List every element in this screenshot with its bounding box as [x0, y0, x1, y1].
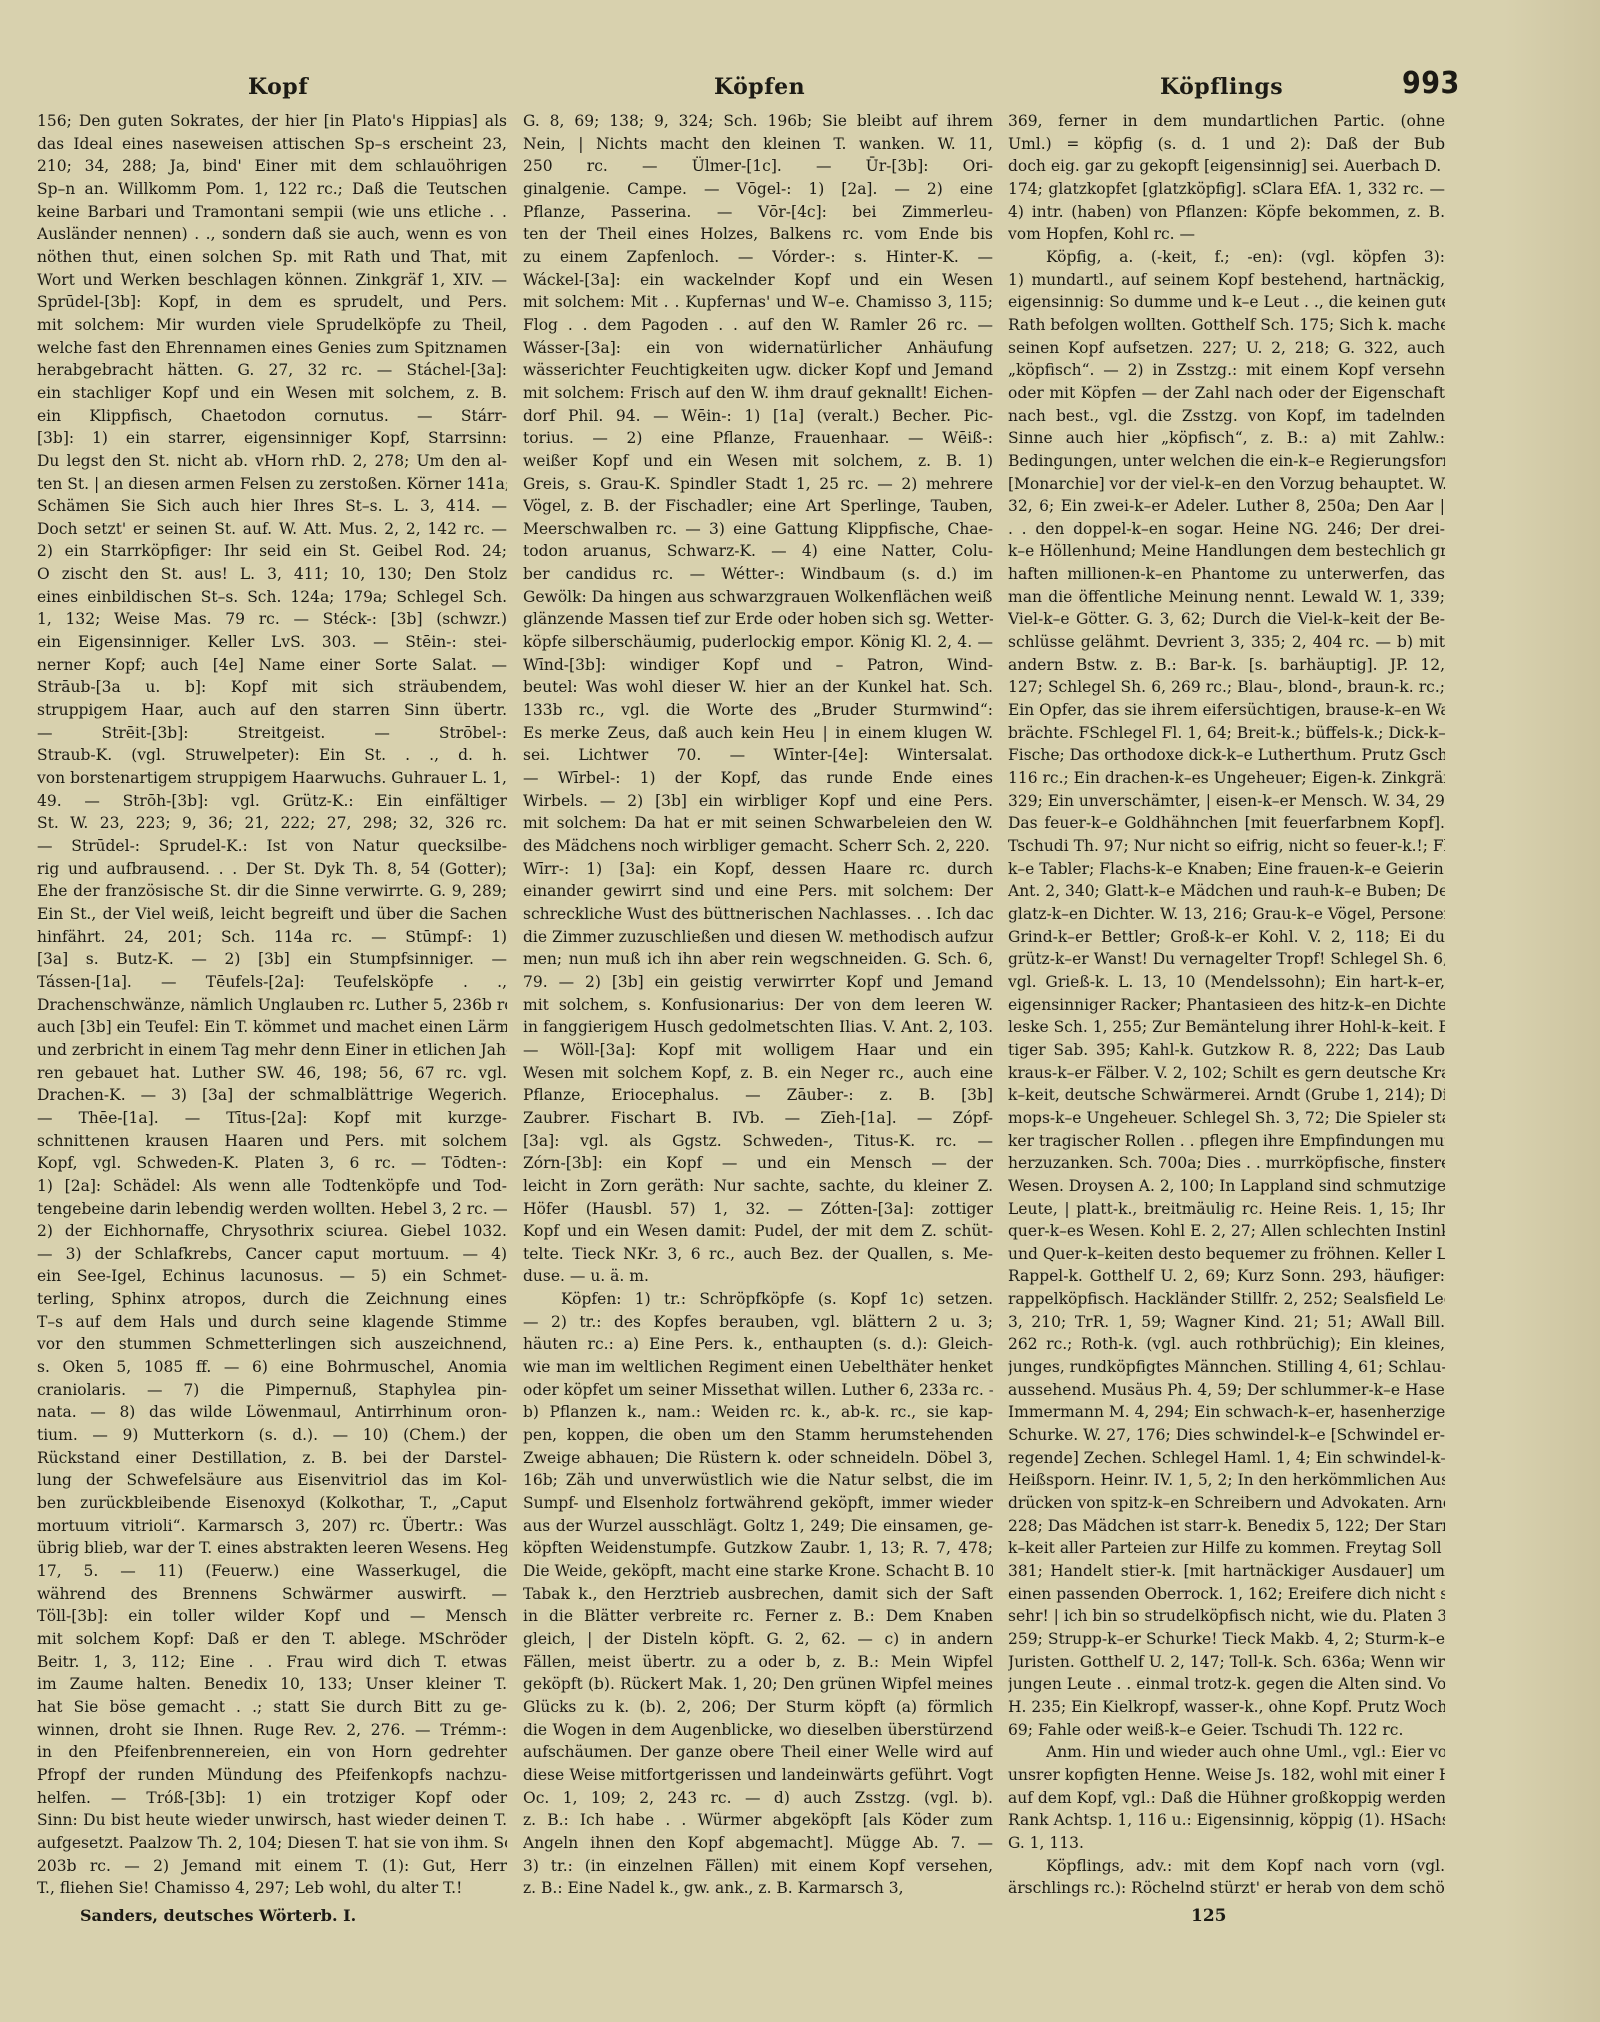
- text-line: Du legst den St. nicht ab. vHorn rhD. 2,…: [37, 450, 507, 473]
- text-line: lung der Schwefelsäure aus Eisenvitriol …: [37, 1469, 507, 1492]
- text-line: junges, rundköpfigtes Männchen. Stilling…: [1008, 1356, 1445, 1379]
- text-line: 69; Fahle oder weiß-k–e Geier. Tschudi T…: [1008, 1719, 1445, 1742]
- text-line: Immermann M. 4, 294; Ein schwach-k–er, h…: [1008, 1401, 1445, 1424]
- text-line: 262 rc.; Roth-k. (vgl. auch rothbrüchig)…: [1008, 1333, 1445, 1356]
- text-line: mops-k–e Ungeheuer. Schlegel Sh. 3, 72; …: [1008, 1107, 1445, 1130]
- text-line: O zischt den St. aus! L. 3, 411; 10, 130…: [37, 563, 507, 586]
- text-line: aussehend. Musäus Ph. 4, 59; Der schlumm…: [1008, 1379, 1445, 1402]
- text-line: 32, 6; Ein zwei-k–er Adeler. Luther 8, 2…: [1008, 495, 1445, 518]
- text-line: Ausländer nennen) . ., sondern daß sie a…: [37, 223, 507, 246]
- text-line: und Quer-k–keiten desto bequemer zu fröh…: [1008, 1243, 1445, 1266]
- text-line: mit solchem: Frisch auf den W. ihm drauf…: [523, 382, 993, 405]
- text-line: 1) mundartl., auf seinem Kopf bestehend,…: [1008, 269, 1445, 292]
- text-line: T–s auf dem Hals und durch seine klagend…: [37, 1311, 507, 1334]
- text-line: [3a]: vgl. als Ggstz. Schweden-, Titus-K…: [523, 1130, 993, 1153]
- text-line: Bedingungen, unter welchen die ein-k–e R…: [1008, 450, 1445, 473]
- text-line: haften millionen-k–en Phantome zu unterw…: [1008, 563, 1445, 586]
- text-line: Anm. Hin und wieder auch ohne Uml., vgl.…: [1008, 1741, 1445, 1764]
- text-line: ein stachliger Kopf und ein Wesen mit so…: [37, 382, 507, 405]
- column-middle: G. 8, 69; 138; 9, 324; Sch. 196b; Sie bl…: [523, 110, 993, 1900]
- text-line: 3, 210; TrR. 1, 59; Wagner Kind. 21; 51;…: [1008, 1311, 1445, 1334]
- text-line: ein Klippfisch, Chaetodon cornutus. — St…: [37, 405, 507, 428]
- text-line: mit solchem: Mir wurden viele Sprudelköp…: [37, 314, 507, 337]
- text-line: wie man im weltlichen Regiment einen Ueb…: [523, 1356, 993, 1379]
- text-line: Rath befolgen wollten. Gotthelf Sch. 175…: [1008, 314, 1445, 337]
- text-line: 2) der Eichhornaffe, Chrysothrix sciurea…: [37, 1220, 507, 1243]
- text-line: Zweige abhauen; Die Rüstern k. oder schn…: [523, 1447, 993, 1470]
- text-line: Doch setzt' er seinen St. auf. W. Att. M…: [37, 518, 507, 541]
- text-line: Tschudi Th. 97; Nur nicht so eifrig, nic…: [1008, 835, 1445, 858]
- text-line: Flog . . dem Pagoden . . auf den W. Raml…: [523, 314, 993, 337]
- text-line: mit solchem, s. Konfusionarius: Der von …: [523, 994, 993, 1017]
- text-line: glatz-k–en Dichter. W. 13, 216; Grau-k–e…: [1008, 903, 1445, 926]
- text-line: tiger Sab. 395; Kahl-k. Gutzkow R. 8, 22…: [1008, 1039, 1445, 1062]
- text-line: Die Weide, geköpft, macht eine starke Kr…: [523, 1560, 993, 1583]
- text-line: Uml.) = köpfig (s. d. 1 und 2): Daß der …: [1008, 133, 1445, 156]
- text-line: z. B.: Ich habe . . Würmer abgeköpft [al…: [523, 1809, 993, 1832]
- text-line: Sinne auch hier „köpfisch“, z. B.: a) mi…: [1008, 427, 1445, 450]
- text-line: Zórn-[3b]: ein Kopf — und ein Mensch — d…: [523, 1152, 993, 1175]
- text-line: b) Pflanzen k., nam.: Weiden rc. k., ab-…: [523, 1401, 993, 1424]
- text-line: einen passenden Oberrock. 1, 162; Ereife…: [1008, 1583, 1445, 1606]
- text-line: k–e Höllenhund; Meine Handlungen dem bes…: [1008, 540, 1445, 563]
- text-line: nöthen thut, einen solchen Sp. mit Rath …: [37, 246, 507, 269]
- text-line: quer-k–es Wesen. Kohl E. 2, 27; Allen sc…: [1008, 1220, 1445, 1243]
- text-line: — 3) der Schlafkrebs, Cancer caput mortu…: [37, 1243, 507, 1266]
- text-line: Töll-[3b]: ein toller wilder Kopf und — …: [37, 1605, 507, 1628]
- text-line: Wirbels. — 2) [3b] ein wirbliger Kopf un…: [523, 790, 993, 813]
- text-line: — Thēe-[1a]. — Tītus-[2a]: Kopf mit kurz…: [37, 1107, 507, 1130]
- text-line: weißer Kopf und ein Wesen mit solchem, z…: [523, 450, 993, 473]
- text-line: [3b]: 1) ein starrer, eigensinniger Kopf…: [37, 427, 507, 450]
- text-line: Wīrr-: 1) [3a]: ein Kopf, dessen Haare r…: [523, 858, 993, 881]
- text-line: Kopf, vgl. Schweden-K. Platen 3, 6 rc. —…: [37, 1152, 507, 1175]
- text-line: Rappel-k. Gotthelf U. 2, 69; Kurz Sonn. …: [1008, 1265, 1445, 1288]
- text-line: Fällen, meist übertr. zu a oder b, z. B.…: [523, 1651, 993, 1674]
- text-line: hinfährt. 24, 201; Sch. 114a rc. — Stūmp…: [37, 926, 507, 949]
- text-line: z. B.: Eine Nadel k., gw. ank., z. B. Ka…: [523, 1877, 993, 1900]
- text-line: mit solchem Kopf: Daß er den T. ablege. …: [37, 1628, 507, 1651]
- text-line: Fische; Das orthodoxe dick-k–e Lutherthu…: [1008, 744, 1445, 767]
- text-line: G. 8, 69; 138; 9, 324; Sch. 196b; Sie bl…: [523, 110, 993, 133]
- text-line: man die öffentliche Meinung nennt. Lewal…: [1008, 586, 1445, 609]
- text-line: 329; Ein unverschämter, | eisen-k–er Men…: [1008, 790, 1445, 813]
- text-line: Köpflings, adv.: mit dem Kopf nach vorn …: [1008, 1855, 1445, 1878]
- text-line: 79. — 2) [3b] ein geistig verwirrter Kop…: [523, 971, 993, 994]
- text-line: sei. Lichtwer 70. — Wīnter-[4e]: Winters…: [523, 744, 993, 767]
- text-line: terling, Sphinx atropos, durch die Zeich…: [37, 1288, 507, 1311]
- text-line: Ehe der französische St. dir die Sinne v…: [37, 880, 507, 903]
- text-line: „köpfisch“. — 2) in Zsstzg.: mit einem K…: [1008, 359, 1445, 382]
- text-line: Sinn: Du bist heute wieder unwirsch, has…: [37, 1809, 507, 1832]
- text-line: G. 1, 113.: [1008, 1832, 1445, 1855]
- text-line: aufgesetzt. Paalzow Th. 2, 104; Diesen T…: [37, 1832, 507, 1855]
- text-line: auf dem Kopf, vgl.: Daß die Hühner großk…: [1008, 1787, 1445, 1810]
- text-line: 369, ferner in dem mundartlichen Partic.…: [1008, 110, 1445, 133]
- text-line: herabgebracht hätten. G. 27, 32 rc. — St…: [37, 359, 507, 382]
- text-line: tengebeine darin lebendig werden wollten…: [37, 1198, 507, 1221]
- text-line: Greis, s. Grau-K. Spindler Stadt 1, 25 r…: [523, 473, 993, 496]
- text-line: Angeln ihnen den Kopf abgemacht]. Mügge …: [523, 1832, 993, 1855]
- text-line: Meerschwalben rc. — 3) eine Gattung Klip…: [523, 518, 993, 541]
- text-line: hat Sie böse gemacht . .; statt Sie durc…: [37, 1696, 507, 1719]
- text-line: St. W. 23, 223; 9, 36; 21, 222; 27, 298;…: [37, 812, 507, 835]
- text-line: Kopf und ein Wesen damit: Pudel, der mit…: [523, 1220, 993, 1243]
- text-line: Rank Achtsp. 1, 116 u.: Eigensinnig, köp…: [1008, 1809, 1445, 1832]
- text-line: vgl. Grieß-k. L. 13, 10 (Mendelssohn); E…: [1008, 971, 1445, 994]
- text-line: doch eig. gar zu gekopft [eigensinnig] s…: [1008, 155, 1445, 178]
- text-line: Zaubrer. Fischart B. IVb. — Zīeh-[1a]. —…: [523, 1107, 993, 1130]
- text-line: winnen, droht sie Ihnen. Ruge Rev. 2, 27…: [37, 1719, 507, 1742]
- text-line: Ein St., der Viel weiß, leicht begreift …: [37, 903, 507, 926]
- text-line: ber candidus rc. — Wétter-: Windbaum (s.…: [523, 563, 993, 586]
- text-line: 4) intr. (haben) von Pflanzen: Köpfe bek…: [1008, 201, 1445, 224]
- text-line: ker tragischer Rollen . . pflegen ihre E…: [1008, 1130, 1445, 1153]
- text-line: 133b rc., vgl. die Worte des „Bruder Stu…: [523, 699, 993, 722]
- text-line: ginalgenie. Campe. — Vōgel-: 1) [2a]. — …: [523, 178, 993, 201]
- text-line: todon aruanus, Schwarz-K. — 4) eine Natt…: [523, 540, 993, 563]
- text-line: 156; Den guten Sokrates, der hier [in Pl…: [37, 110, 507, 133]
- text-line: 1, 132; Weise Mas. 79 rc. — Stéck-: [3b]…: [37, 608, 507, 631]
- header-left-catchword: Kopf: [248, 74, 308, 100]
- column-left: 156; Den guten Sokrates, der hier [in Pl…: [37, 110, 507, 1900]
- text-line: kraus-k–er Fälber. V. 2, 102; Schilt es …: [1008, 1062, 1445, 1085]
- text-line: tium. — 9) Mutterkorn (s. d.). — 10) (Ch…: [37, 1424, 507, 1447]
- text-line: s. Oken 5, 1085 ff. — 6) eine Bohrmusche…: [37, 1356, 507, 1379]
- text-line: Beitr. 1, 3, 112; Eine . . Frau wird dic…: [37, 1651, 507, 1674]
- text-line: Wīnd-[3b]: windiger Kopf und – Patron, W…: [523, 654, 993, 677]
- text-line: drücken von spitz-k–en Schreibern und Ad…: [1008, 1492, 1445, 1515]
- text-line: 381; Handelt stier-k. [mit hartnäckiger …: [1008, 1560, 1445, 1583]
- text-line: 49. — Strōh-[3b]: vgl. Grütz-K.: Ein ein…: [37, 790, 507, 813]
- text-line: ten der Theil eines Holzes, Balkens rc. …: [523, 223, 993, 246]
- text-line: 250 rc. — Ülmer-[1c]. — Ūr-[3b]: Ori-: [523, 155, 993, 178]
- text-line: in fanggierigem Husch gedolmetschten Ili…: [523, 1016, 993, 1039]
- text-line: torius. — 2) eine Pflanze, Frauenhaar. —…: [523, 427, 993, 450]
- header-center-catchword: Köpfen: [714, 74, 805, 100]
- text-line: 259; Strupp-k–er Schurke! Tieck Makb. 4,…: [1008, 1628, 1445, 1651]
- text-line: schlüsse gelähmt. Devrient 3, 335; 2, 40…: [1008, 631, 1445, 654]
- text-line: Drachenschwänze, nämlich Unglauben rc. L…: [37, 994, 507, 1017]
- text-line: struppigem Haar, auch auf den starren Si…: [37, 699, 507, 722]
- text-line: mortuum vitrioli“. Karmarsch 3, 207) rc.…: [37, 1515, 507, 1538]
- text-line: Heißsporn. Heinr. IV. 1, 5, 2; In den he…: [1008, 1469, 1445, 1492]
- text-line: 1) [2a]: Schädel: Als wenn alle Todtenkö…: [37, 1175, 507, 1198]
- text-line: seinen Kopf aufsetzen. 227; U. 2, 218; G…: [1008, 337, 1445, 360]
- text-line: Strāub-[3a u. b]: Kopf mit sich sträuben…: [37, 676, 507, 699]
- text-line: craniolaris. — 7) die Pimpernuß, Staphyl…: [37, 1379, 507, 1402]
- text-line: Pfropf der runden Mündung des Pfeifenkop…: [37, 1764, 507, 1787]
- text-line: Rückstand einer Destillation, z. B. bei …: [37, 1447, 507, 1470]
- text-line: ein Eigensinniger. Keller LvS. 303. — St…: [37, 631, 507, 654]
- text-line: oder köpfet um seiner Missethat willen. …: [523, 1379, 993, 1402]
- text-line: 228; Das Mädchen ist starr-k. Benedix 5,…: [1008, 1515, 1445, 1538]
- text-line: Köpfen: 1) tr.: Schröpfköpfe (s. Kopf 1c…: [523, 1288, 993, 1311]
- text-line: Wáckel-[3a]: ein wackelnder Kopf und ein…: [523, 269, 993, 292]
- text-line: geköpft (b). Rückert Mak. 1, 20; Den grü…: [523, 1673, 993, 1696]
- text-line: im Zaume halten. Benedix 10, 133; Unser …: [37, 1673, 507, 1696]
- text-line: Straub-K. (vgl. Struwelpeter): Ein St. .…: [37, 744, 507, 767]
- text-line: des Mädchens noch wirbliger gemacht. Sch…: [523, 835, 993, 858]
- text-line: regende] Zechen. Schlegel Haml. 1, 4; Ei…: [1008, 1447, 1445, 1470]
- text-line: Schurke. W. 27, 176; Dies schwindel-k–e …: [1008, 1424, 1445, 1447]
- text-line: aufschäumen. Der ganze obere Theil einer…: [523, 1741, 993, 1764]
- text-line: Wort und Werken beschlagen können. Zinkg…: [37, 269, 507, 292]
- footer-signature-number: 125: [1191, 1906, 1227, 1926]
- text-line: — Strūdel-: Sprudel-K.: Ist von Natur qu…: [37, 835, 507, 858]
- header-right-catchword: Köpflings: [1160, 74, 1283, 100]
- text-line: beutel: Was wohl dieser W. hier an der K…: [523, 676, 993, 699]
- text-line: — Strēit-[3b]: Streitgeist. — Strōbel-:: [37, 722, 507, 745]
- text-line: herzuzanken. Sch. 700a; Dies . . murrköp…: [1008, 1152, 1445, 1175]
- text-line: vom Hopfen, Kohl rc. —: [1008, 223, 1445, 246]
- text-line: schreckliche Wust des büttnerischen Nach…: [523, 903, 993, 926]
- text-line: welche fast den Ehrennamen eines Genies …: [37, 337, 507, 360]
- text-line: ben zurückbleibende Eisenoxyd (Kolkothar…: [37, 1492, 507, 1515]
- text-line: Es merke Zeus, daß auch kein Heu | in ei…: [523, 722, 993, 745]
- text-line: Sprūdel-[3b]: Kopf, in dem es sprudelt, …: [37, 291, 507, 314]
- text-line: 3) tr.: (in einzelnen Fällen) mit einem …: [523, 1855, 993, 1878]
- text-line: diese Weise mitfortgerissen und landeinw…: [523, 1764, 993, 1787]
- text-line: mit solchem: Mit . . Kupfernas' und W–e.…: [523, 291, 993, 314]
- text-line: Ant. 2, 340; Glatt-k–e Mädchen und rauh-…: [1008, 880, 1445, 903]
- text-line: telte. Tieck NKr. 3, 6 rc., auch Bez. de…: [523, 1243, 993, 1266]
- text-line: k–keit, deutsche Schwärmerei. Arndt (Gru…: [1008, 1084, 1445, 1107]
- text-line: — Wīrbel-: 1) der Kopf, das runde Ende e…: [523, 767, 993, 790]
- text-line: Pflanze, Passerina. — Vōr-[4c]: bei Zimm…: [523, 201, 993, 224]
- text-line: Glücks zu k. (b). 2, 206; Der Sturm köpf…: [523, 1696, 993, 1719]
- text-line: 17, 5. — 11) (Feuerw.) eine Wasserkugel,…: [37, 1560, 507, 1583]
- text-line: . . den doppel-k–en sogar. Heine NG. 246…: [1008, 518, 1445, 541]
- text-line: grütz-k–er Wanst! Du vernagelter Tropf! …: [1008, 948, 1445, 971]
- text-line: oder mit Köpfen — der Zahl nach oder der…: [1008, 382, 1445, 405]
- text-line: schnittenen krausen Haaren und Pers. mit…: [37, 1130, 507, 1153]
- text-line: pen, koppen, die oben um den Stamm herum…: [523, 1424, 993, 1447]
- text-line: während des Brennens Schwärmer auswirft.…: [37, 1583, 507, 1606]
- text-line: rappelköpfisch. Hackländer Stillfr. 2, 2…: [1008, 1288, 1445, 1311]
- text-line: men; nun muß ich ihn aber rein wegschnei…: [523, 948, 993, 971]
- text-line: nach best., vgl. die Zsstzg. von Kopf, i…: [1008, 405, 1445, 428]
- text-line: keine Barbari und Tramontani sempii (wie…: [37, 201, 507, 224]
- text-line: wässerichter Feuchtigkeiten ugw. dicker …: [523, 359, 993, 382]
- text-line: [Monarchie] vor der viel-k–en den Vorzug…: [1008, 473, 1445, 496]
- text-line: Ein Opfer, das sie ihrem eifersüchtigen,…: [1008, 699, 1445, 722]
- text-line: jungen Leute . . einmal trotz-k. gegen d…: [1008, 1673, 1445, 1696]
- text-line: 16b; Zäh und unverwüstlich wie die Natur…: [523, 1469, 993, 1492]
- text-line: nata. — 8) das wilde Löwenmaul, Antirrhi…: [37, 1401, 507, 1424]
- text-line: Wesen mit solchem Kopf, z. B. ein Neger …: [523, 1062, 993, 1085]
- text-line: Sp–n an. Willkomm Pom. 1, 122 rc.; Daß d…: [37, 178, 507, 201]
- text-line: Nein, | Nichts macht den kleinen T. wank…: [523, 133, 993, 156]
- text-line: Vögel, z. B. der Fischadler; eine Art Sp…: [523, 495, 993, 518]
- text-line: 127; Schlegel Sh. 6, 269 rc.; Blau-, blo…: [1008, 676, 1445, 699]
- text-line: Grind-k–er Bettler; Groß-k–er Kohl. V. 2…: [1008, 926, 1445, 949]
- text-line: helfen. — Tróß-[3b]: 1) ein trotziger Ko…: [37, 1787, 507, 1810]
- text-line: [3a] s. Butz-K. — 2) [3b] ein Stumpfsinn…: [37, 948, 507, 971]
- text-line: 2) ein Starrköpfiger: Ihr seid ein St. G…: [37, 540, 507, 563]
- text-line: 210; 34, 288; Ja, bind' Einer mit dem sc…: [37, 155, 507, 178]
- text-line: 203b rc. — 2) Jemand mit einem T. (1): G…: [37, 1855, 507, 1878]
- text-line: Wásser-[3a]: ein von widernatürlicher An…: [523, 337, 993, 360]
- text-line: Höfer (Hausbl. 57) 1, 32. — Zótten-[3a]:…: [523, 1198, 993, 1221]
- text-line: glänzende Massen tief zur Erde oder hobe…: [523, 608, 993, 631]
- text-line: vor den stummen Schmetterlingen sich aus…: [37, 1333, 507, 1356]
- text-line: ein See-Igel, Echinus lacunosus. — 5) ei…: [37, 1265, 507, 1288]
- text-line: Drachen-K. — 3) [3a] der schmalblättrige…: [37, 1084, 507, 1107]
- text-line: mit solchem: Da hat er mit seinen Schwar…: [523, 812, 993, 835]
- text-line: ten St. | an diesen armen Felsen zu zers…: [37, 473, 507, 496]
- text-line: Tabak k., den Herztrieb ausbrechen, dami…: [523, 1583, 993, 1606]
- text-line: 174; glatzkopfet [glatzköpfig]. sClara E…: [1008, 178, 1445, 201]
- text-line: k–keit aller Parteien zur Hilfe zu komme…: [1008, 1537, 1445, 1560]
- text-line: Pflanze, Eriocephalus. — Zāuber-: z. B. …: [523, 1084, 993, 1107]
- text-line: köpfe silberschäumig, puderlockig empor.…: [523, 631, 993, 654]
- text-line: sehr! | ich bin so strudelköpfisch nicht…: [1008, 1605, 1445, 1628]
- text-line: aus der Wurzel ausschlägt. Goltz 1, 249;…: [523, 1515, 993, 1538]
- text-line: brächte. FSchlegel Fl. 1, 64; Breit-k.; …: [1008, 722, 1445, 745]
- text-line: eines einbildischen St–s. Sch. 124a; 179…: [37, 586, 507, 609]
- text-line: H. 235; Ein Kielkropf, wasser-k., ohne K…: [1008, 1696, 1445, 1719]
- text-line: gleich, | der Disteln köpft. G. 2, 62. —…: [523, 1628, 993, 1651]
- text-line: rig und aufbrausend. . . Der St. Dyk Th.…: [37, 858, 507, 881]
- text-line: Schämen Sie Sich auch hier Ihres St–s. L…: [37, 495, 507, 518]
- column-right: 369, ferner in dem mundartlichen Partic.…: [1008, 110, 1445, 1900]
- text-line: ärschlings rc.): Röchelnd stürzt' er her…: [1008, 1877, 1445, 1900]
- text-line: Tássen-[1a]. — Tēufels-[2a]: Teufelsköpf…: [37, 971, 507, 994]
- text-line: Leute, | platt-k., breitmäulig rc. Heine…: [1008, 1198, 1445, 1221]
- text-line: köpften Weidenstumpfe. Gutzkow Zaubr. 1,…: [523, 1537, 993, 1560]
- text-line: k–e Tabler; Flachs-k–e Knaben; Eine frau…: [1008, 858, 1445, 881]
- text-line: in die Blätter verbreite rc. Ferner z. B…: [523, 1605, 993, 1628]
- text-line: Sumpf- und Elsenholz fortwährend geköpft…: [523, 1492, 993, 1515]
- text-line: duse. — u. ä. m.: [523, 1265, 993, 1288]
- text-line: unsrer kopfigten Henne. Weise Js. 182, w…: [1008, 1764, 1445, 1787]
- text-line: dorf Phil. 94. — Wēin-: 1) [1a] (veralt.…: [523, 405, 993, 428]
- text-line: Das feuer-k–e Goldhähnchen [mit feuerfar…: [1008, 812, 1445, 835]
- text-line: die Wogen in dem Augenblicke, wo dieselb…: [523, 1719, 993, 1742]
- text-line: eigensinnig: So dumme und k–e Leut . ., …: [1008, 291, 1445, 314]
- text-line: Juristen. Gotthelf U. 2, 147; Toll-k. Sc…: [1008, 1651, 1445, 1674]
- text-line: übrig blieb, war der T. eines abstrakten…: [37, 1537, 507, 1560]
- text-line: Viel-k–e Götter. G. 3, 62; Durch die Vie…: [1008, 608, 1445, 631]
- page-number: 993: [1402, 66, 1460, 101]
- text-line: Wesen. Droysen A. 2, 100; In Lappland si…: [1008, 1175, 1445, 1198]
- text-line: auch [3b] ein Teufel: Ein T. kömmet und …: [37, 1016, 507, 1039]
- text-line: — Wöll-[3a]: Kopf mit wolligem Haar und …: [523, 1039, 993, 1062]
- text-line: — 2) tr.: des Kopfes berauben, vgl. blät…: [523, 1311, 993, 1334]
- text-line: zu einem Zapfenloch. — Vórder-: s. Hinte…: [523, 246, 993, 269]
- text-line: leske Sch. 1, 255; Zur Bemäntelung ihrer…: [1008, 1016, 1445, 1039]
- text-line: Oc. 1, 109; 2, 243 rc. — d) auch Zsstzg.…: [523, 1787, 993, 1810]
- text-line: nerner Kopf; auch [4e] Name einer Sorte …: [37, 654, 507, 677]
- text-line: einander gewirrt sind und eine Pers. mit…: [523, 880, 993, 903]
- text-line: ren gebauet hat. Luther SW. 46, 198; 56,…: [37, 1062, 507, 1085]
- text-line: leicht in Zorn geräth: Nur sachte, sacht…: [523, 1175, 993, 1198]
- text-line: Gewölk: Da hingen aus schwarzgrauen Wolk…: [523, 586, 993, 609]
- text-line: von borstenartigem struppigem Haarwuchs.…: [37, 767, 507, 790]
- text-line: das Ideal eines naseweisen attischen Sp–…: [37, 133, 507, 156]
- text-line: Köpfig, a. (-keit, f.; -en): (vgl. köpfe…: [1008, 246, 1445, 269]
- running-header: Kopf Köpfen Köpflings 993: [0, 64, 1600, 104]
- text-line: T., fliehen Sie! Chamisso 4, 297; Leb wo…: [37, 1877, 507, 1900]
- text-line: 116 rc.; Ein drachen-k–es Ungeheuer; Eig…: [1008, 767, 1445, 790]
- text-line: die Zimmer zuzuschließen und diesen W. m…: [523, 926, 993, 949]
- footer-book-title: Sanders, deutsches Wörterb. I.: [80, 1906, 356, 1925]
- text-line: andern Bstw. z. B.: Bar-k. [s. barhäupti…: [1008, 654, 1445, 677]
- text-line: eigensinniger Racker; Phantasieen des hi…: [1008, 994, 1445, 1017]
- text-line: in den Pfeifenbrennereien, ein von Horn …: [37, 1741, 507, 1764]
- text-line: häuten rc.: a) Eine Pers. k., enthaupten…: [523, 1333, 993, 1356]
- text-line: und zerbricht in einem Tag mehr denn Ein…: [37, 1039, 507, 1062]
